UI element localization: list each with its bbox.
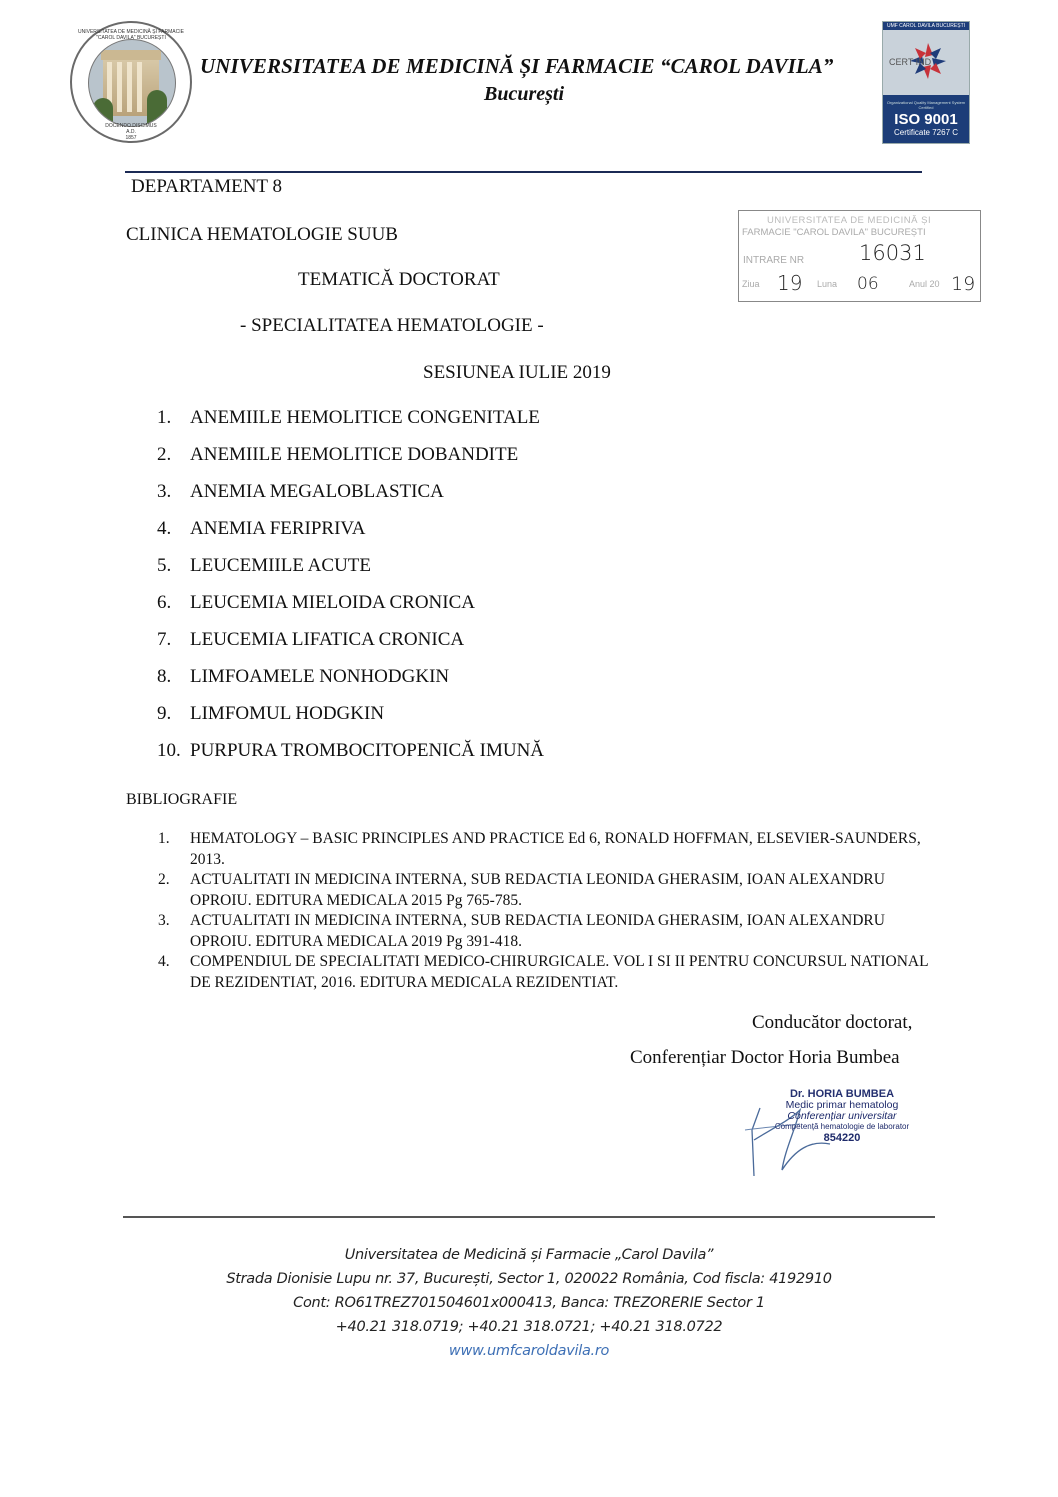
stamp-line-1: UNIVERSITATEA DE MEDICINĂ ȘI xyxy=(767,215,931,226)
registry-stamp: UNIVERSITATEA DE MEDICINĂ ȘI FARMACIE "C… xyxy=(738,210,981,302)
topic-item: 10.PURPURA TROMBOCITOPENICĂ IMUNĂ xyxy=(157,738,544,775)
seal-year: 1857 xyxy=(72,135,190,141)
footer-bank-account: Cont: RO61TREZ701504601x000413, Banca: T… xyxy=(0,1291,1058,1315)
topic-item-text: LEUCEMIILE ACUTE xyxy=(190,555,371,576)
footer-address: Strada Dionisie Lupu nr. 37, București, … xyxy=(0,1267,1058,1291)
footer-phones: +40.21 318.0719; +40.21 318.0721; +40.21… xyxy=(0,1315,1058,1339)
bibliography-item: 2.ACTUALITATI IN MEDICINA INTERNA, SUB R… xyxy=(158,870,950,911)
bibliography-item: 4.COMPENDIUL DE SPECIALITATI MEDICO-CHIR… xyxy=(158,952,950,993)
bibliography-heading: BIBLIOGRAFIE xyxy=(126,791,237,809)
stamp-month: 06 xyxy=(857,274,879,294)
doctor-stamp-rank: Conferențiar universitar xyxy=(752,1111,932,1122)
bibliography-item-number: 2. xyxy=(158,870,170,891)
clinic-label: CLINICA HEMATOLOGIE SUUB xyxy=(126,224,398,246)
topic-item-text: ANEMIILE HEMOLITICE DOBANDITE xyxy=(190,444,518,465)
topic-item-number: 9. xyxy=(157,701,190,727)
topic-item-text: LIMFOAMELE NONHODGKIN xyxy=(190,666,449,687)
footer-institution: Universitatea de Medicină și Farmacie „C… xyxy=(0,1243,1058,1267)
topic-item: 7.LEUCEMIA LIFATICA CRONICA xyxy=(157,627,544,664)
iso-certificate-number: Certificate 7267 C xyxy=(883,128,969,137)
topic-item-number: 3. xyxy=(157,479,190,505)
topic-item-text: LIMFOMUL HODGKIN xyxy=(190,703,384,724)
stamp-year-label: Anul 20 xyxy=(909,279,940,289)
topic-item-number: 7. xyxy=(157,627,190,653)
bibliography-item-text: ACTUALITATI IN MEDICINA INTERNA, SUB RED… xyxy=(190,912,885,950)
iso-standard: ISO 9001 xyxy=(883,112,969,128)
topic-item-number: 5. xyxy=(157,553,190,579)
stamp-year: 19 xyxy=(951,273,975,295)
building-image xyxy=(88,39,176,127)
topic-item: 6.LEUCEMIA MIELOIDA CRONICA xyxy=(157,590,544,627)
bibliography-item: 1.HEMATOLOGY – BASIC PRINCIPLES AND PRAC… xyxy=(158,829,950,870)
topics-list: 1.ANEMIILE HEMOLITICE CONGENITALE2.ANEMI… xyxy=(157,405,544,775)
footer: Universitatea de Medicină și Farmacie „C… xyxy=(0,1243,1058,1363)
stamp-line-2: FARMACIE "CAROL DAVILA" BUCUREȘTI xyxy=(742,227,926,238)
topic-item-text: LEUCEMIA MIELOIDA CRONICA xyxy=(190,592,475,613)
bibliography-item-text: COMPENDIUL DE SPECIALITATI MEDICO-CHIRUR… xyxy=(190,953,928,991)
topic-item: 3.ANEMIA MEGALOBLASTICA xyxy=(157,479,544,516)
university-city: București xyxy=(484,83,564,106)
stamp-entry-label: INTRARE NR xyxy=(743,255,804,266)
topic-item-number: 8. xyxy=(157,664,190,690)
stamp-day-label: Ziua xyxy=(742,279,760,289)
doctor-stamp-competence: Competență hematologie de laborator xyxy=(752,1122,932,1132)
department-label: DEPARTAMENT 8 xyxy=(131,176,282,198)
footer-website-link[interactable]: www.umfcaroldavila.ro xyxy=(0,1339,1058,1363)
iso-certification-badge: UMF CAROL DAVILA BUCUREȘTI CERT IND Orga… xyxy=(882,21,970,144)
specialty-label: - SPECIALITATEA HEMATOLOGIE - xyxy=(240,315,544,337)
document-title: TEMATICĂ DOCTORAT xyxy=(298,269,500,291)
topic-item-text: ANEMIA MEGALOBLASTICA xyxy=(190,481,444,502)
topic-item-text: ANEMIA FERIPRIVA xyxy=(190,518,365,539)
stamp-month-label: Luna xyxy=(817,279,837,289)
topic-item: 9.LIMFOMUL HODGKIN xyxy=(157,701,544,738)
topic-item: 5.LEUCEMIILE ACUTE xyxy=(157,553,544,590)
bibliography-item: 3.ACTUALITATI IN MEDICINA INTERNA, SUB R… xyxy=(158,911,950,952)
doctor-stamp: Dr. HORIA BUMBEA Medic primar hematolog … xyxy=(752,1088,932,1144)
topic-item-number: 10. xyxy=(157,738,190,764)
topic-item-text: ANEMIILE HEMOLITICE CONGENITALE xyxy=(190,407,540,428)
header-divider xyxy=(125,171,922,173)
university-seal-logo: UNIVERSITATEA DE MEDICINĂ ȘI FARMACIE "C… xyxy=(70,21,192,143)
bibliography-item-text: ACTUALITATI IN MEDICINA INTERNA, SUB RED… xyxy=(190,871,885,909)
topic-item-number: 4. xyxy=(157,516,190,542)
bibliography-item-number: 4. xyxy=(158,952,170,973)
supervisor-name: Conferențiar Doctor Horia Bumbea xyxy=(630,1047,900,1069)
footer-divider xyxy=(123,1216,935,1218)
topic-item: 2.ANEMIILE HEMOLITICE DOBANDITE xyxy=(157,442,544,479)
bibliography-item-text: HEMATOLOGY – BASIC PRINCIPLES AND PRACTI… xyxy=(190,830,921,868)
stamp-day: 19 xyxy=(777,271,802,295)
university-title: UNIVERSITATEA DE MEDICINĂ ȘI FARMACIE “C… xyxy=(200,54,834,79)
topic-item: 4.ANEMIA FERIPRIVA xyxy=(157,516,544,553)
topic-item: 8.LIMFOAMELE NONHODGKIN xyxy=(157,664,544,701)
iso-org-text: Organizational Quality Management System… xyxy=(883,95,969,110)
topic-item-number: 1. xyxy=(157,405,190,431)
topic-item-number: 6. xyxy=(157,590,190,616)
bibliography-item-number: 1. xyxy=(158,829,170,850)
topic-item-text: PURPURA TROMBOCITOPENICĂ IMUNĂ xyxy=(190,740,544,761)
stamp-entry-number: 16031 xyxy=(859,241,926,265)
topic-item-text: LEUCEMIA LIFATICA CRONICA xyxy=(190,629,464,650)
topic-item-number: 2. xyxy=(157,442,190,468)
bibliography-item-number: 3. xyxy=(158,911,170,932)
supervisor-role: Conducător doctorat, xyxy=(752,1012,912,1034)
bibliography-list: 1.HEMATOLOGY – BASIC PRINCIPLES AND PRAC… xyxy=(158,829,950,993)
iso-top-text: UMF CAROL DAVILA BUCUREȘTI xyxy=(883,22,969,30)
certind-logo-text: CERT IND xyxy=(889,57,931,67)
topic-item: 1.ANEMIILE HEMOLITICE CONGENITALE xyxy=(157,405,544,442)
doctor-stamp-code: 854220 xyxy=(752,1132,932,1144)
session-label: SESIUNEA IULIE 2019 xyxy=(423,362,611,384)
